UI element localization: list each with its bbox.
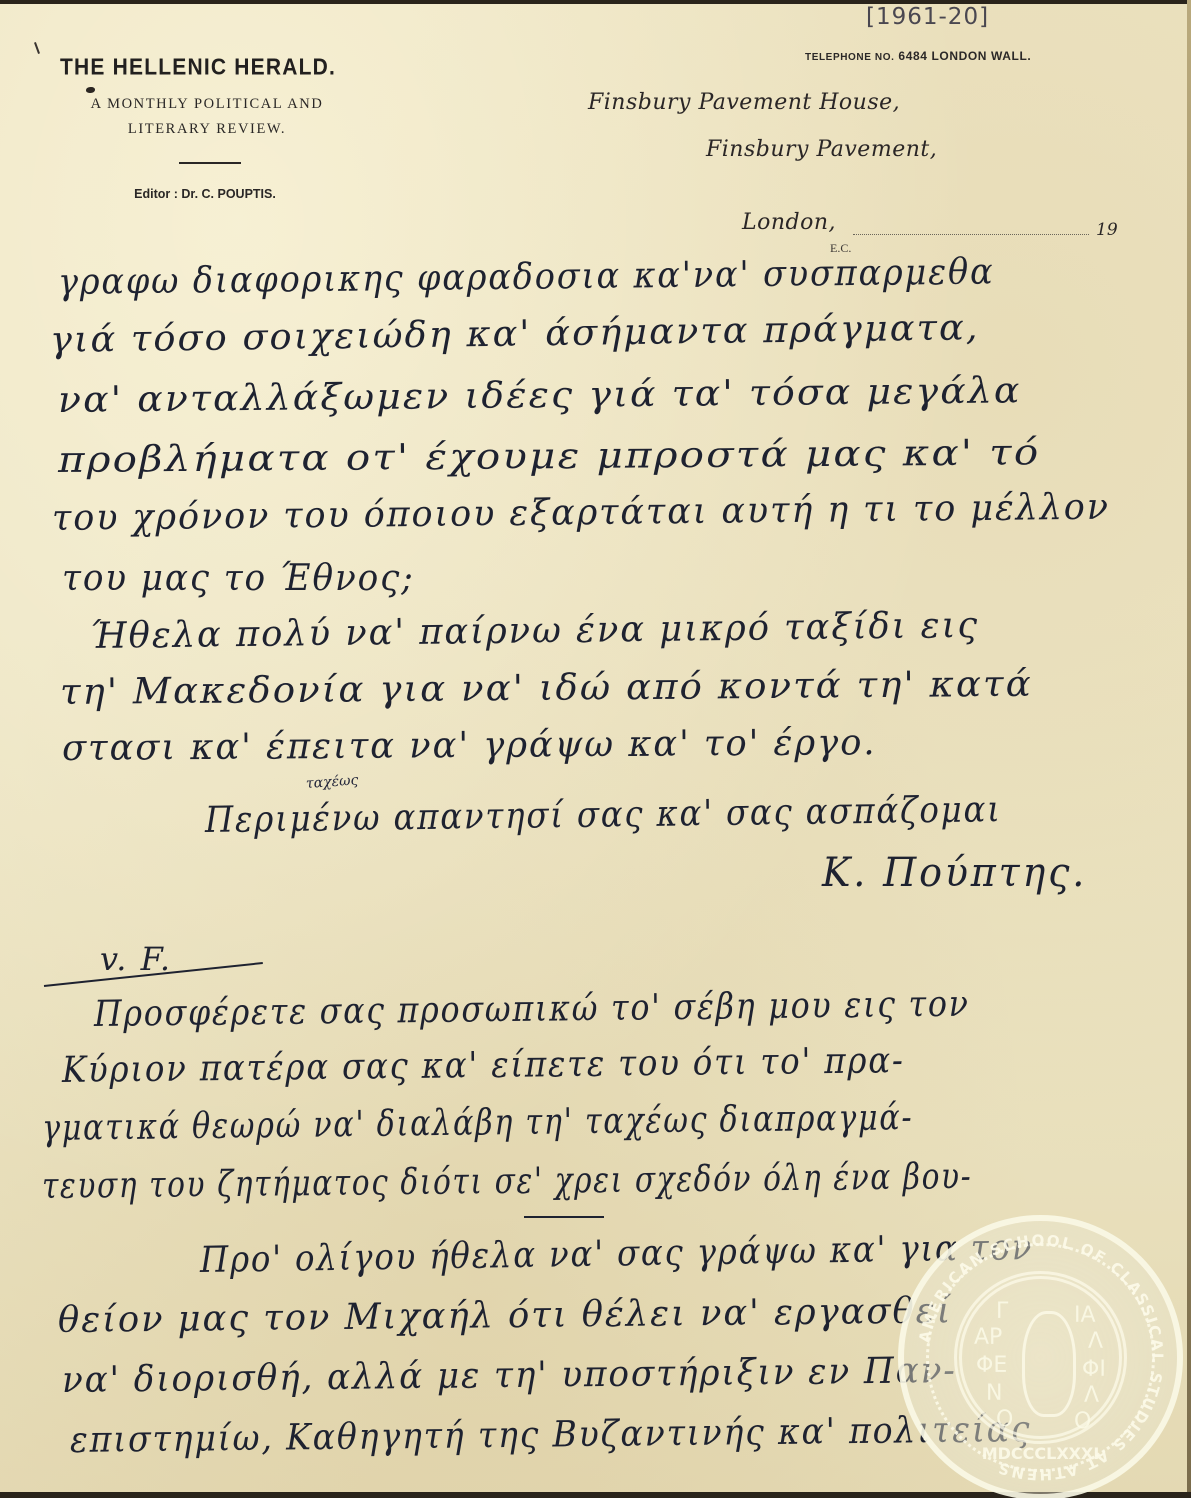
seal-letter: ΦΕ [976,1353,1007,1378]
institution-seal-watermark: AMERICAN SCHOOL OF CLASSICAL STUDIES AT … [898,1215,1183,1498]
publication-subtitle-line-1: A MONTHLY POLITICAL AND [62,96,352,113]
body-line-3: να' ανταλλάξωμεν ιδέες γιά τα' τόσα μεγά… [58,370,1022,421]
city-line: London, [742,210,836,235]
emphasis-underline [524,1216,604,1218]
body-line-9: στασι κα' έπειτα να' γράψω κα' το' έργο. [62,722,877,769]
signature: Κ. Πούπτης. [822,850,1087,896]
letter-page: THE HELLENIC HERALD. A MONTHLY POLITICAL… [0,0,1191,1498]
pencil-tick-mark [34,42,40,54]
seal-letter: Γ [996,1299,1008,1324]
seal-letter: Ν [986,1381,1002,1406]
address-line-2: Finsbury Pavement, [706,137,937,162]
closing-line: Περιμένω απαντησί σας κα' σας ασπάζομαι [205,789,1002,841]
seal-letter: ΦΙ [1082,1357,1106,1382]
body-line-8: τη' Μακεδονία για να' ιδώ από κοντά τη' … [60,664,1033,713]
postscript-para2-line-4: επιστημίω, Καθηγητή της Βυζαντινής κα' π… [70,1409,1032,1461]
scan-right-border [1187,0,1191,1498]
editor-credit: Editor : Dr. C. POUPTIS. [60,187,350,201]
body-line-1: γραφω διαφορικης φαραδοσια κα'να' συσπαρ… [58,251,995,303]
postscript-line-4: τευση του ζητήματος διότι σε' χρει σχεδό… [42,1156,973,1207]
seal-year: MDCCCLXXXI [982,1444,1100,1463]
seal-letter: Λ [1084,1383,1099,1408]
seal-letter: Λ [1088,1329,1103,1354]
telephone-number: 6484 LONDON WALL. [898,49,1031,63]
seal-letter: ΑΡ [974,1325,1002,1350]
publication-title: THE HELLENIC HERALD. [60,55,336,81]
body-line-7: Ήθελα πολύ να' παίρνω ένα μικρό ταξίδι ε… [90,605,980,657]
publication-subtitle-line-2: LITERARY REVIEW. [62,121,352,138]
date-blank-line [853,234,1089,235]
seal-letter: Ο [1074,1409,1091,1434]
postscript-para2-line-3: να' διορισθή, αλλά με τη' υποστήριξιν εν… [62,1350,957,1401]
ink-blot [86,87,95,93]
archive-reference: [1961-20] [866,4,989,30]
postscript-line-1: Προσφέρετε σας προσωπικώ το' σέβη μου ει… [94,984,970,1035]
body-line-2: γιά τόσο σοιχειώδη κα' άσήμαντα πράγματα… [50,307,980,361]
seal-letter: Ο [996,1407,1013,1432]
postscript-line-2: Κύριον πατέρα σας κα' είπετε του ότι το'… [62,1040,905,1091]
masthead-divider [179,162,241,164]
date-year-prefix: 19 [1096,220,1118,240]
postscript-para2-line-2: θείον μας τον Μιχαήλ ότι θέλει να' εργασ… [58,1290,953,1341]
interlinear-note: ταχέως [305,772,358,792]
seal-letter: ΙΑ [1074,1303,1096,1328]
body-line-4: προβλήματα οτ' έχουμε μπροστά μας κα' τό [58,432,1041,481]
telephone-line: Telephone No. 6484 LONDON WALL. [805,49,1031,63]
scan-top-border [0,0,1191,4]
address-line-1: Finsbury Pavement House, [588,90,900,115]
seal-amphora-icon [1022,1311,1076,1417]
body-line-5: του χρόνον του όποιου εξαρτάται αυτή η τ… [52,487,1110,539]
body-line-6: του μας το Έθνος; [62,558,415,599]
postscript-line-3: γματικά θεωρώ να' διαλάβη τη' ταχέως δια… [42,1097,914,1149]
telephone-prefix: Telephone No. [805,52,894,63]
